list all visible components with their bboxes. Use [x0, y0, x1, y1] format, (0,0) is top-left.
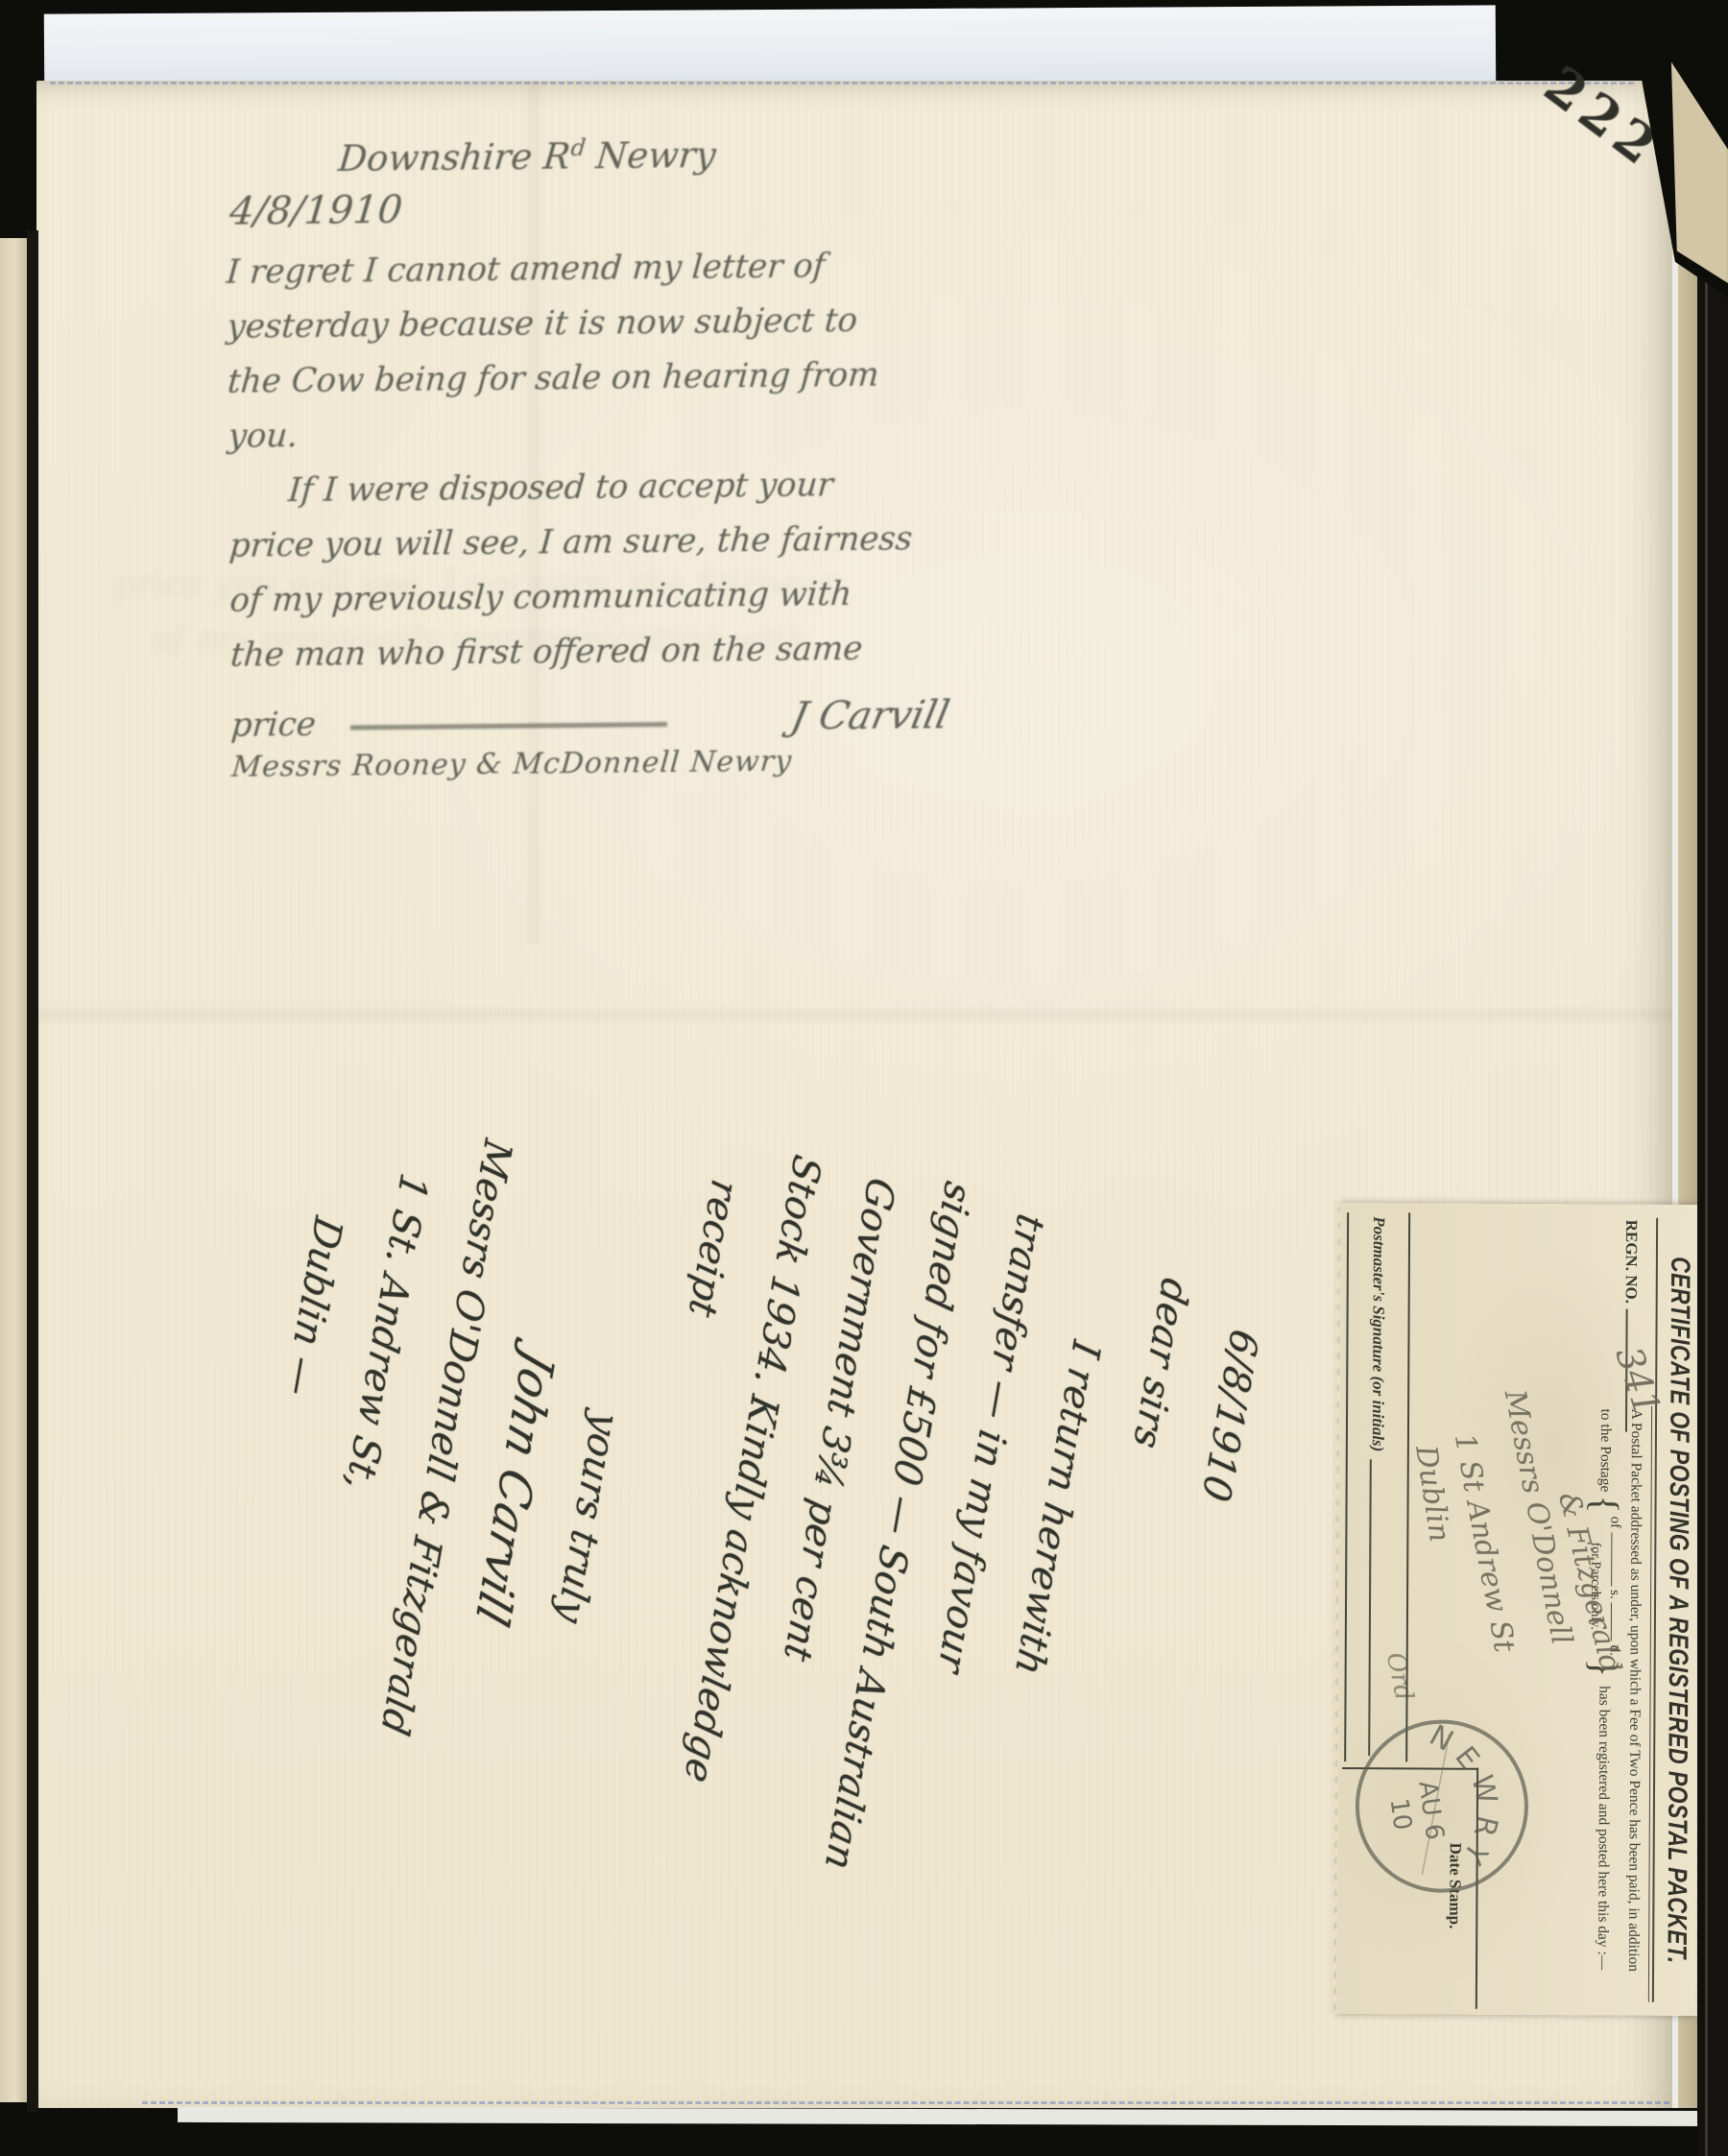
letter-1-line: I regret I cannot amend my letter of — [225, 236, 1121, 300]
blue-dotted-bottom-edge — [142, 2101, 1678, 2104]
book-spine-edge — [1697, 0, 1728, 2156]
letter-2: 6/8/1910 dear sirs I return herewith tra… — [151, 1063, 1299, 1961]
scanned-letterbook-page: 222 Downshire Rd Newry 4/8/1910 I regret… — [0, 0, 1728, 2156]
of-label: of — [1607, 1517, 1622, 1529]
paper-crease-horizontal — [36, 1004, 1678, 1025]
certificate-body-line2-post: has been registered and posted here this… — [1594, 1686, 1614, 1974]
blue-dotted-top-edge — [50, 82, 1634, 84]
letter-1-heading-text: Downshire R — [337, 135, 572, 180]
letter-1-line: the Cow being for sale on hearing from — [226, 346, 1122, 410]
tissue-paper-edge — [44, 5, 1496, 90]
previous-page-edge — [0, 238, 27, 2102]
letter-1-heading-town: Newry — [583, 134, 717, 177]
certificate-of-posting: CERTIFICATE OF POSTING OF A REGISTERED P… — [1336, 1203, 1700, 2016]
postmark-year: 10 — [1384, 1797, 1417, 1833]
shillings-blank — [1611, 1532, 1612, 1586]
ink-ghost-impression: of my previously communicating with — [152, 620, 810, 659]
regn-label-text: REGN. NO. — [1622, 1220, 1641, 1304]
letter-1-line: If I were disposed to accept your — [227, 455, 1123, 519]
under-page-edge — [178, 2107, 1728, 2126]
newry-postmark: NEWRY AU 6 10 — [1336, 1700, 1548, 1911]
letter-1-signature: J Carvill — [787, 693, 953, 739]
letter-1-line: you. — [227, 400, 1123, 465]
postmaster-signature-row: Postmaster's Signature (or initials) — [1344, 1212, 1410, 1761]
letter-1-addressee: Messrs Rooney & McDonnell Newry — [230, 741, 1126, 784]
ink-ghost-impression: price you will see, I am sure, the fairn… — [113, 565, 836, 605]
certificate-body: A Postal Packet addressed as under, upon… — [1583, 1408, 1645, 2003]
letter-1-heading: Downshire Rd Newry — [337, 129, 1120, 180]
certificate-body-line2: to the Postage { ofs.d. for Parcels only… — [1583, 1408, 1625, 2003]
letter-1-line: yesterday because it is now subject to — [225, 291, 1121, 355]
pencil-address-line: Dublin — [1408, 1443, 1456, 1544]
certificate-title: CERTIFICATE OF POSTING OF A REGISTERED P… — [1661, 1205, 1696, 2016]
signature-blank-line — [1368, 1459, 1372, 1756]
letter-1-price-word: price — [229, 706, 317, 745]
page-gutter-shadow — [27, 230, 38, 2112]
letter-1-signature-row: price J Carvill — [230, 674, 1124, 745]
date-stamp-box: Date Stamp. NEWRY AU 6 10 — [1341, 1767, 1478, 2009]
letter-1: Downshire Rd Newry 4/8/1910 I regret I c… — [226, 129, 1125, 784]
ink-dash-flourish — [350, 722, 667, 730]
open-brace: { — [1586, 1495, 1624, 1513]
letter-1-date: 4/8/1910 — [228, 180, 1120, 234]
rule-line — [1652, 1218, 1658, 2002]
postage-label: to the Postage — [1596, 1408, 1615, 1492]
postmaster-signature-label: Postmaster's Signature (or initials) — [1368, 1216, 1388, 1451]
